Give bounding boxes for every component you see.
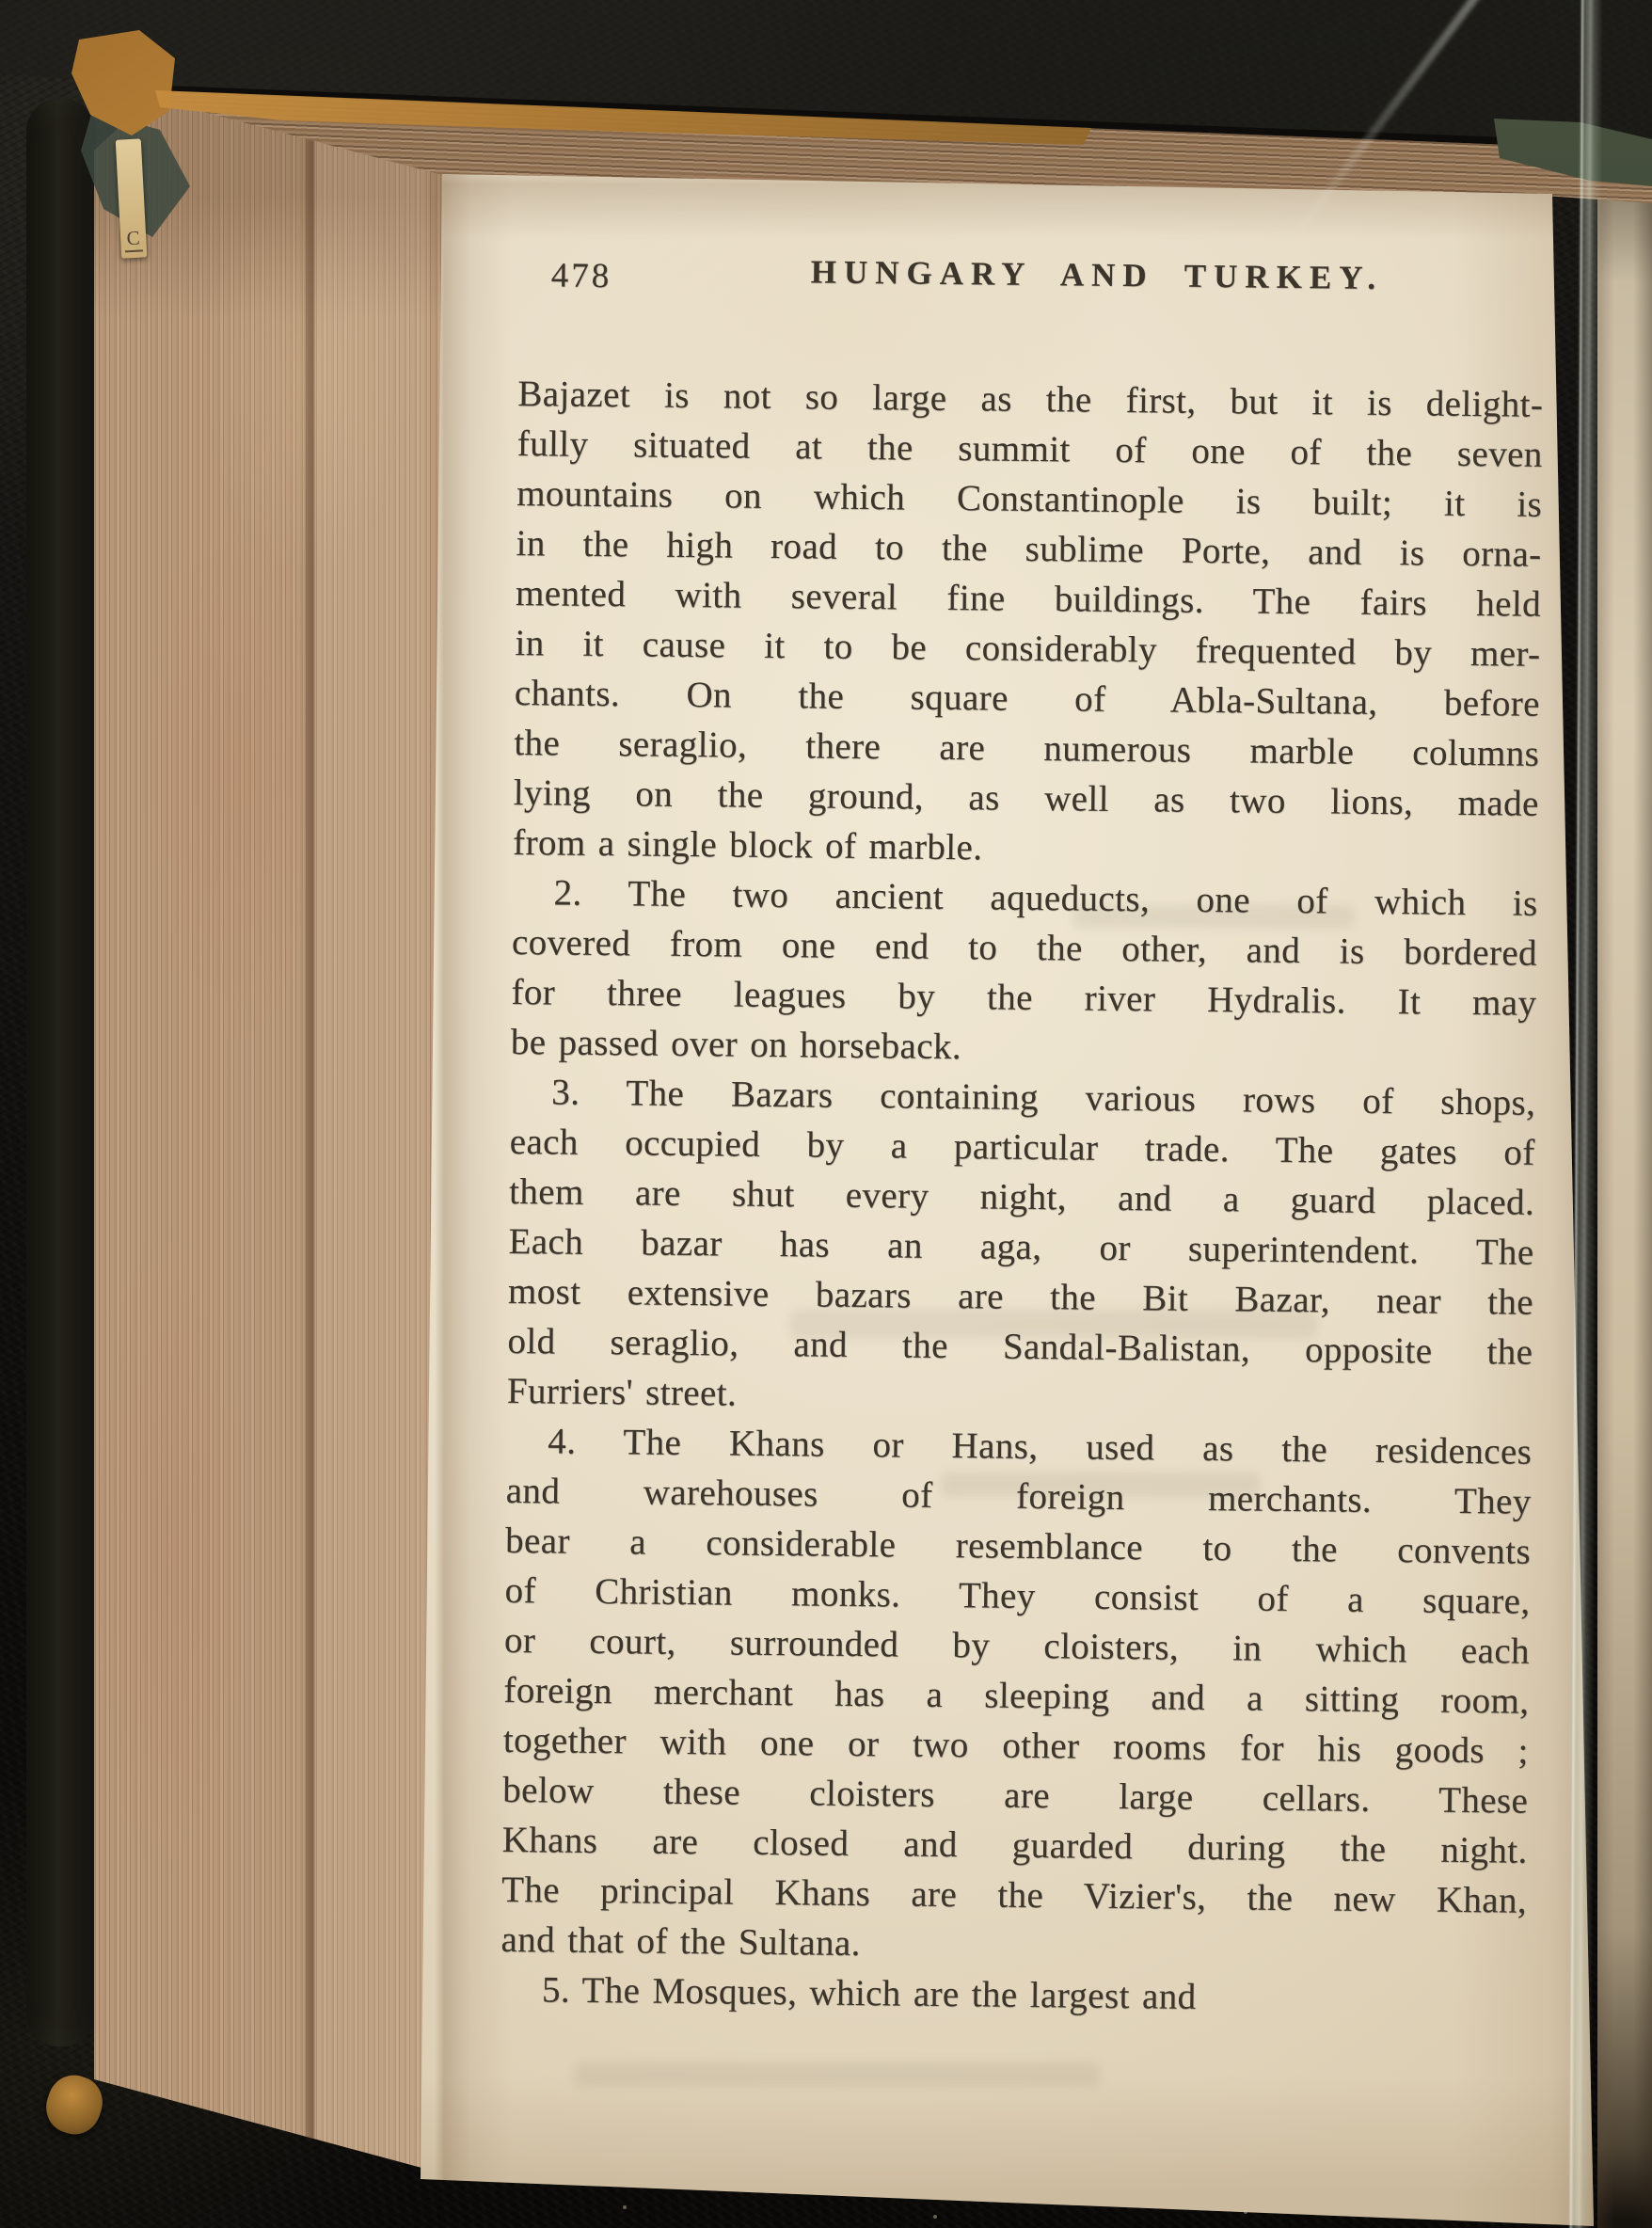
body-text: Bajazet is not so large as the first, bu… [500,369,1544,2026]
show-through-smudge [574,2062,1101,2087]
dust-speck [933,2215,937,2219]
page-header: 478 HUNGARY AND TURKEY. [518,250,1545,316]
page-edge-label: C [124,228,142,252]
page-content: 478 HUNGARY AND TURKEY. Bajazet is not s… [500,250,1545,2026]
dust-speck [623,2205,627,2209]
page-number: 478 [550,255,612,296]
dust-speck [1244,2210,1247,2214]
photo-of-open-book: C 478 HUNGARY AND TURKEY. Bajazet is not… [0,0,1652,2228]
book-cover-edge-left [26,99,96,2046]
running-head: HUNGARY AND TURKEY. [811,253,1384,297]
